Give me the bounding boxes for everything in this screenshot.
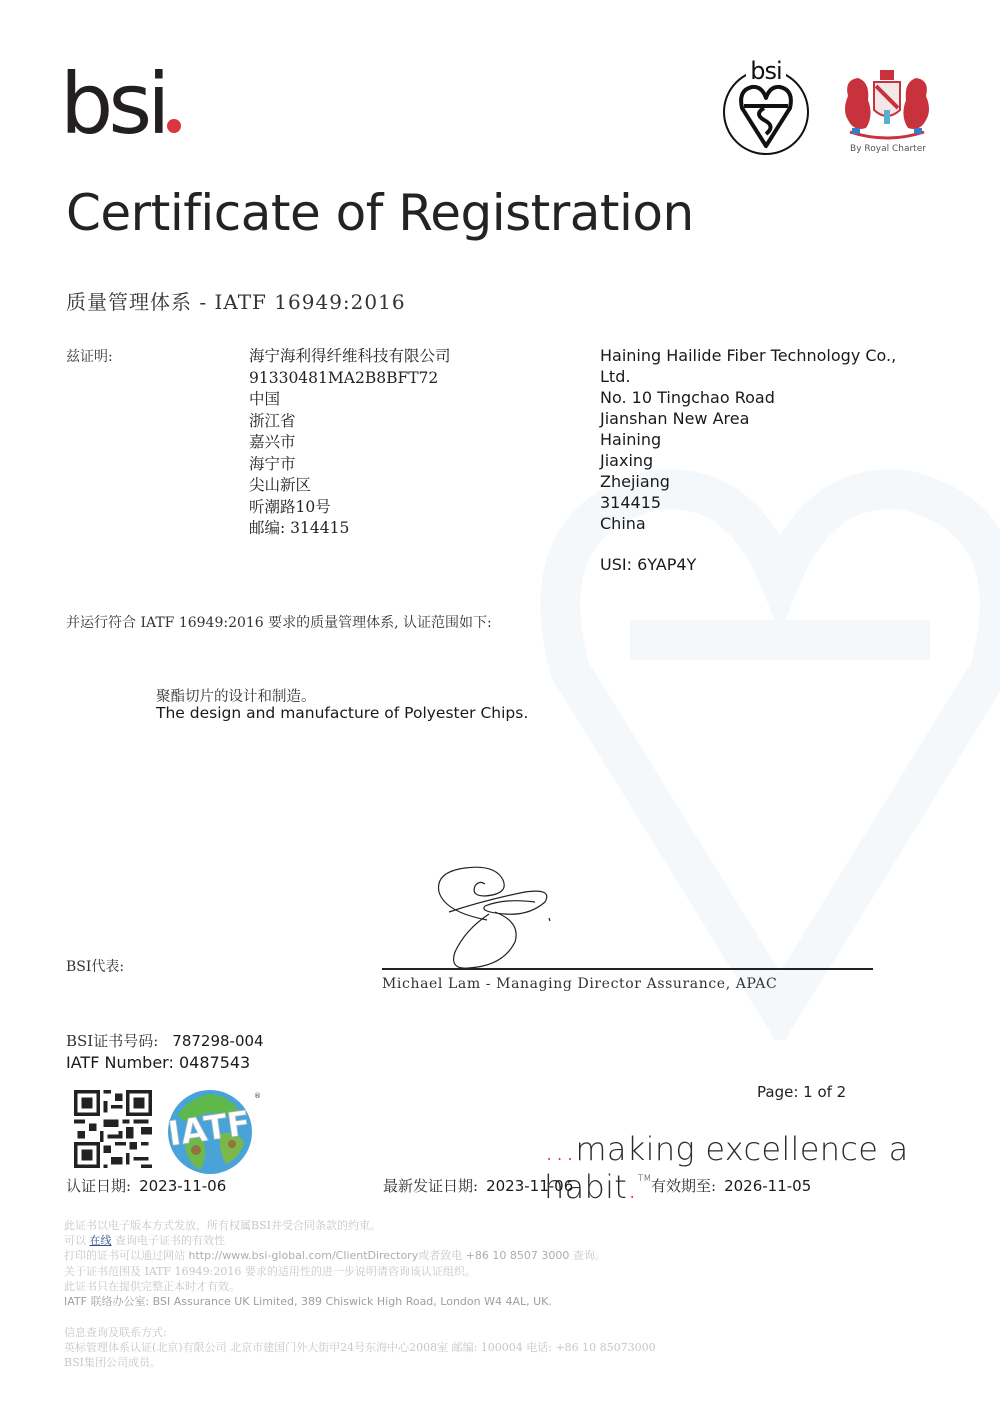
page-title: Certificate of Registration [66, 184, 694, 242]
original-date-value: 2023-11-06 [139, 1177, 226, 1195]
iatf-number: IATF Number: 0487543 [66, 1053, 250, 1072]
fine-print: 此证书以电子版本方式发放，所有权属BSI并受合同条款的约束。 可以 在线 查询电… [64, 1218, 606, 1309]
bsi-logo-dot [167, 119, 181, 133]
original-certification-date: 认证日期:2023-11-06 [66, 1175, 226, 1196]
iatf-number-label: IATF Number: [66, 1053, 174, 1072]
contact-phone: +86 10 8507 3000 [466, 1249, 570, 1262]
bsi-logo: bsi [60, 62, 181, 146]
fine-print-line-5: 此证书只在提供完整正本时才有效。 [64, 1279, 606, 1294]
cert-number-value: 787298-004 [172, 1032, 263, 1050]
original-date-label: 认证日期: [66, 1177, 131, 1195]
fine-print-line-2: 可以 在线 查询电子证书的有效性 [64, 1233, 606, 1248]
bsi-logo-text: bsi [60, 55, 165, 153]
fine-print-text: 可以 [64, 1234, 86, 1247]
fine-print-line-4: 关于证书范围及 IATF 16949:2016 要求的适用性的进一步说明请咨询该… [64, 1264, 606, 1279]
cert-number-label: BSI证书号码: [66, 1032, 158, 1050]
latest-date-label: 最新发证日期: [383, 1177, 478, 1195]
fine-print-line-3: 打印的证书可以通过网站 http://www.bsi-global.com/Cl… [64, 1248, 606, 1263]
fine-print-line-1: 此证书以电子版本方式发放，所有权属BSI并受合同条款的约束。 [64, 1218, 606, 1233]
address-district-cn: 尖山新区 [249, 475, 451, 497]
client-name-en: Haining Hailide Fiber Technology Co., [600, 345, 896, 366]
fine-print-text: 查询电子证书的有效性 [115, 1234, 225, 1247]
client-directory-url[interactable]: http://www.bsi-global.com/ClientDirector… [189, 1249, 419, 1262]
svg-text:®: ® [254, 1092, 260, 1100]
signature-line [382, 968, 873, 970]
page-indicator: Page: 1 of 2 [757, 1083, 846, 1101]
signer-name-title: Michael Lam - Managing Director Assuranc… [382, 976, 777, 992]
certify-label: 兹证明: [66, 346, 113, 366]
latest-date-value: 2023-11-06 [486, 1177, 573, 1195]
iatf-number-value: 0487543 [179, 1053, 250, 1072]
fine-print-text: 查询。 [573, 1249, 606, 1262]
contact-info: 信息查询及联系方式: 英标管理体系认证(北京)有限公司 北京市建国门外大街甲24… [64, 1325, 656, 1371]
svg-text:bsi: bsi [750, 57, 781, 85]
address-district-en: Jianshan New Area [600, 408, 896, 429]
standard-subtitle: 质量管理体系 - IATF 16949:2016 [66, 286, 406, 315]
kitemark-icon: bsi [720, 54, 812, 158]
online-verify-link[interactable]: 在线 [90, 1234, 112, 1247]
signature-graphic [425, 862, 565, 972]
address-city-cn: 嘉兴市 [249, 432, 451, 454]
client-name-cn: 海宁海利得纤维科技有限公司 [249, 346, 451, 368]
expiry-date-label: 有效期至: [651, 1177, 716, 1195]
address-country-cn: 中国 [249, 389, 451, 411]
address-postcode-en: 314415 [600, 492, 896, 513]
address-country-en: China [600, 513, 896, 534]
royal-charter-crest-icon [840, 66, 934, 156]
iatf-liaison-office: IATF 联络办公室: BSI Assurance UK Limited, 38… [64, 1294, 606, 1309]
address-county-cn: 海宁市 [249, 454, 451, 476]
slogan-prefix-dots: ... [544, 1130, 575, 1168]
expiry-date-value: 2026-11-05 [724, 1177, 811, 1195]
charter-caption: By Royal Charter [838, 144, 938, 154]
address-city-en: Jiaxing [600, 450, 896, 471]
contact-title: 信息查询及联系方式: [64, 1325, 656, 1340]
address-postcode-cn: 邮编: 314415 [249, 518, 451, 540]
address-province-cn: 浙江省 [249, 411, 451, 433]
client-registration-code: 91330481MA2B8BFT72 [249, 368, 451, 390]
latest-issue-date: 最新发证日期:2023-11-06 [383, 1175, 573, 1196]
qr-code[interactable] [73, 1090, 153, 1168]
iatf-globe-logo: IATF ® [160, 1084, 260, 1176]
address-county-en: Haining [600, 429, 896, 450]
expiry-date: 有效期至:2026-11-05 [651, 1175, 811, 1196]
address-province-en: Zhejiang [600, 471, 896, 492]
slogan-suffix-dot: . [627, 1168, 637, 1206]
client-address-cn: 海宁海利得纤维科技有限公司 91330481MA2B8BFT72 中国 浙江省 … [249, 346, 451, 540]
scope-en: The design and manufacture of Polyester … [156, 704, 528, 722]
contact-line: 英标管理体系认证(北京)有限公司 北京市建国门外大街甲24号东海中心2008室 … [64, 1340, 656, 1355]
trademark-symbol: TM [638, 1174, 652, 1184]
bsi-certificate-number: BSI证书号码:787298-004 [66, 1030, 264, 1051]
usi-code: USI: 6YAP4Y [600, 555, 696, 574]
client-name-en-cont: Ltd. [600, 366, 896, 387]
scope-cn: 聚酯切片的设计和制造。 [156, 685, 316, 706]
bsi-representative-label: BSI代表: [66, 956, 124, 976]
group-member-line: BSI集团公司成员。 [64, 1355, 656, 1370]
address-street-en: No. 10 Tingchao Road [600, 387, 896, 408]
fine-print-text: 打印的证书可以通过网站 [64, 1249, 185, 1262]
fine-print-text: 或者致电 [418, 1249, 462, 1262]
client-address-en: Haining Hailide Fiber Technology Co., Lt… [600, 345, 896, 534]
address-street-cn: 听潮路10号 [249, 497, 451, 519]
operates-statement: 并运行符合 IATF 16949:2016 要求的质量管理体系, 认证范围如下: [66, 612, 492, 632]
